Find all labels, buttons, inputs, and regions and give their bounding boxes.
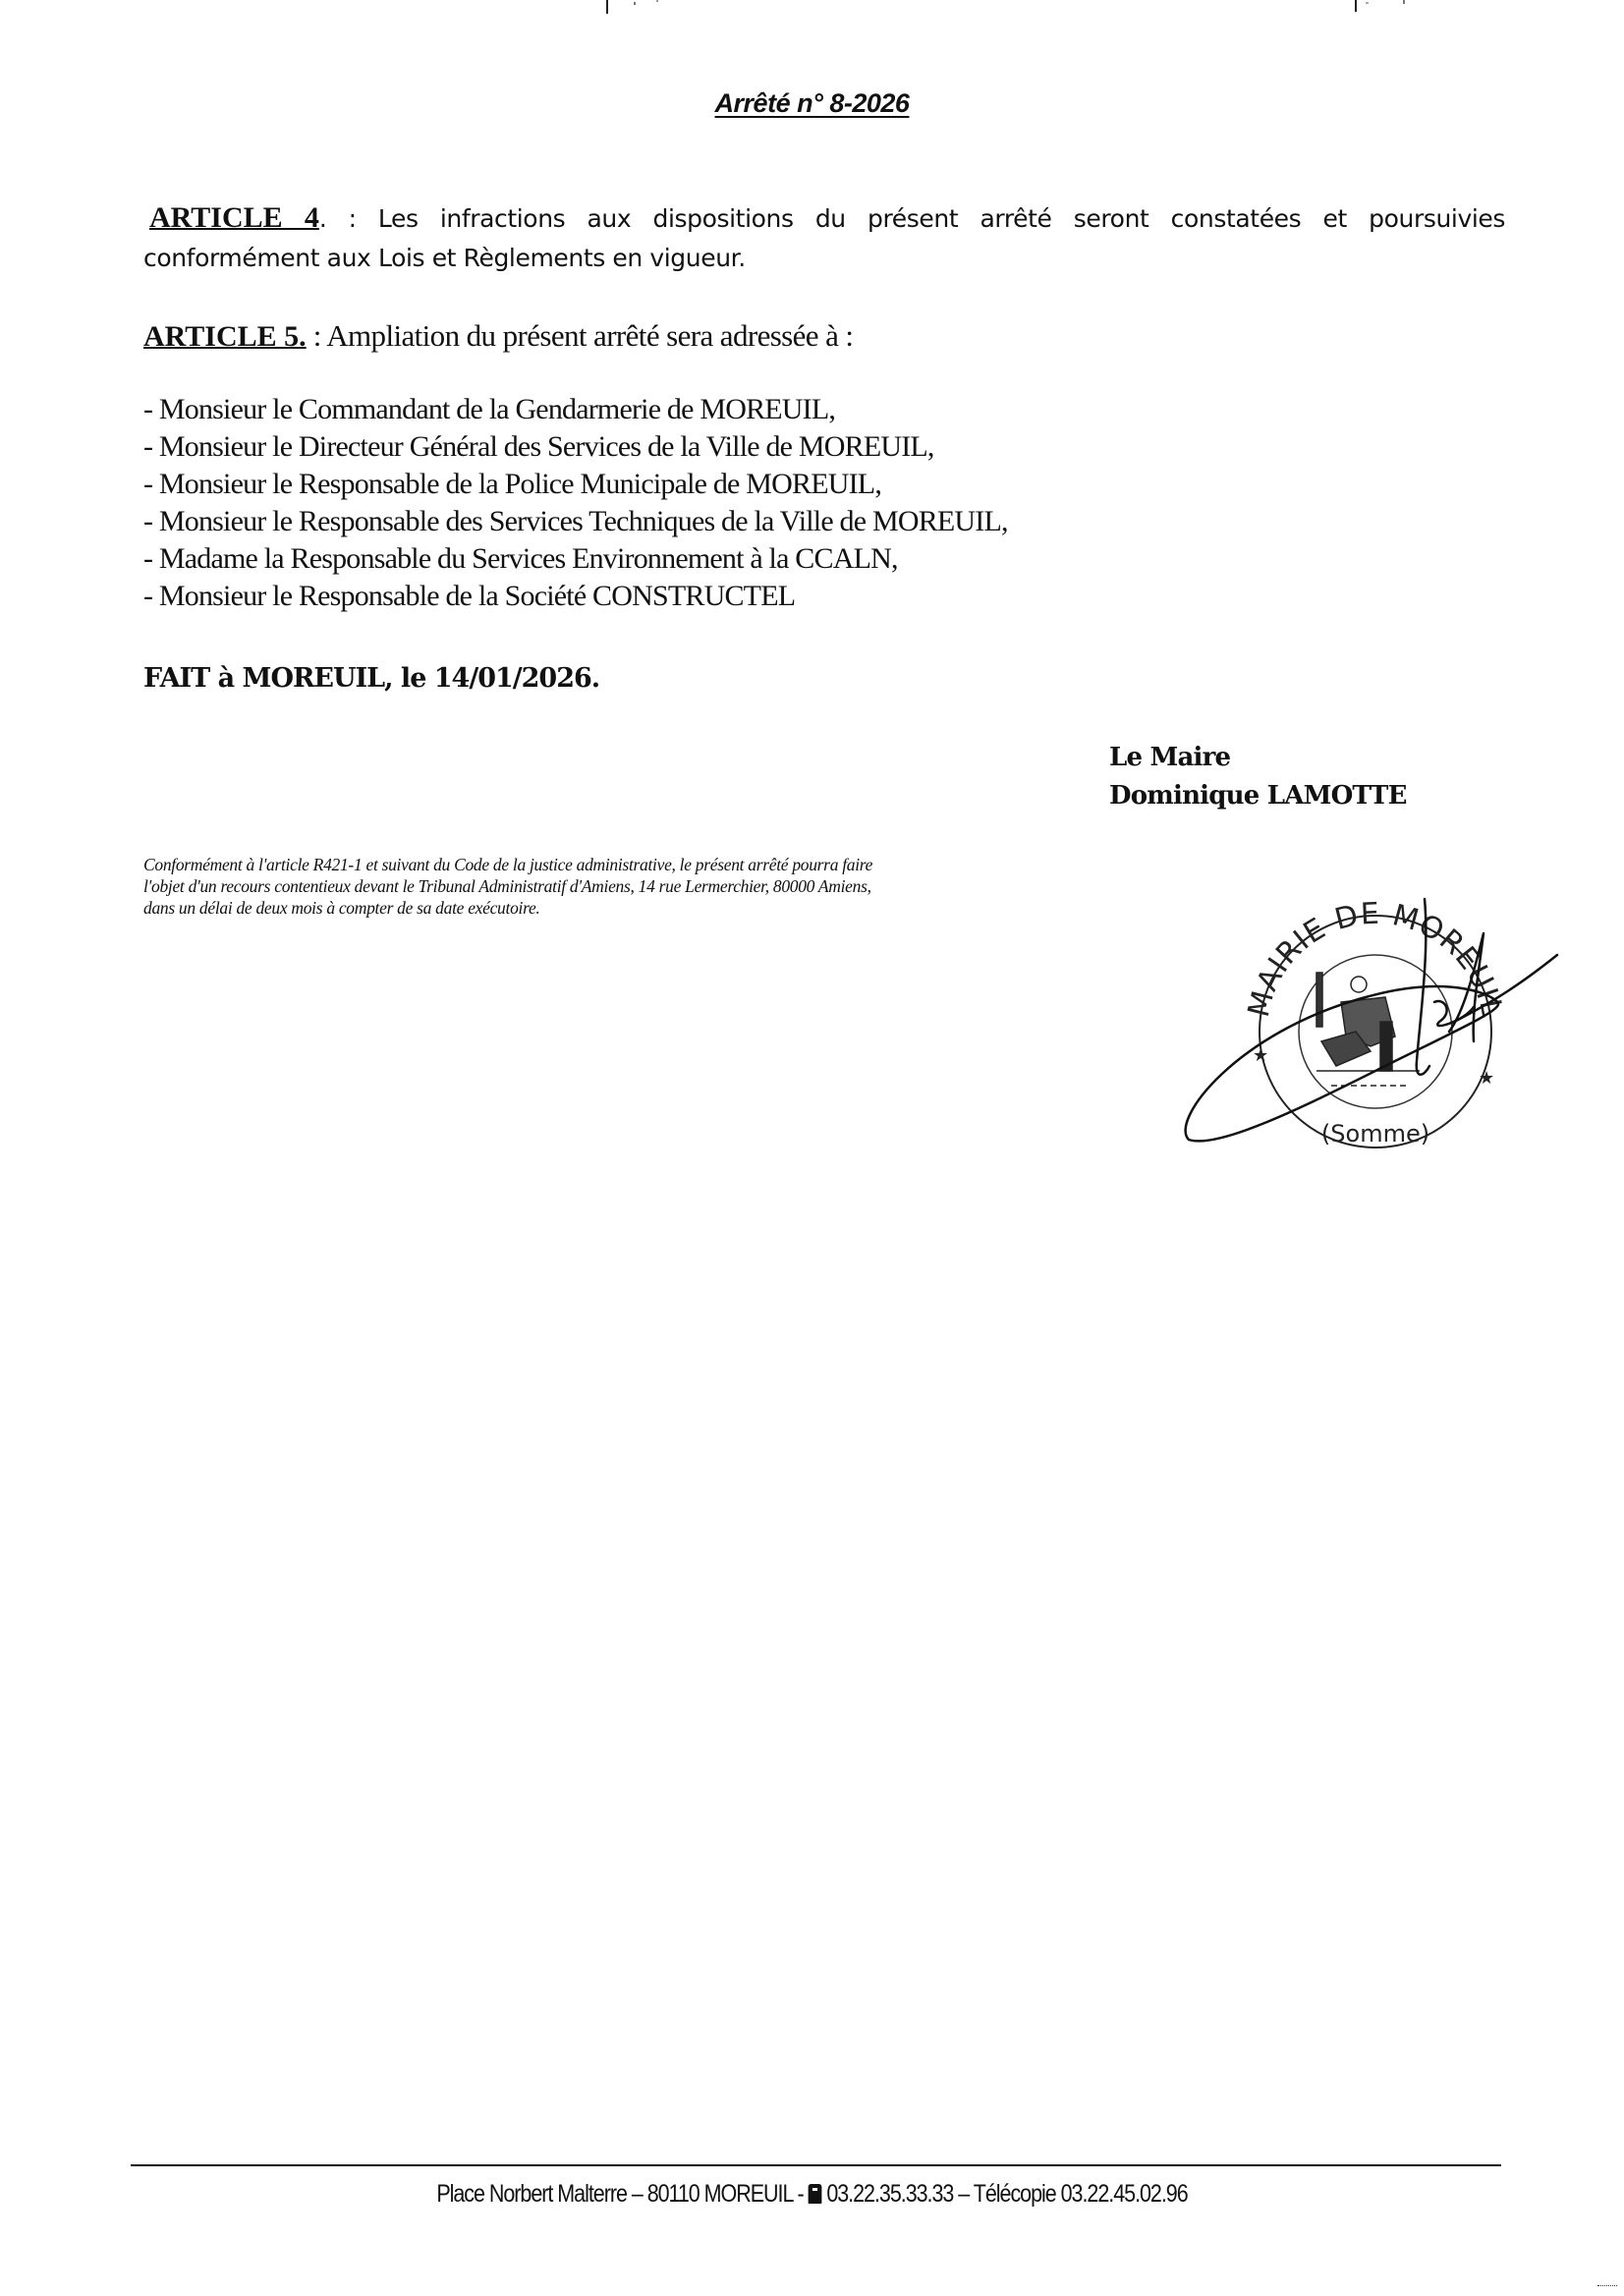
scan-artifact <box>1597 2285 1617 2287</box>
document-page: Arrêté n° 8-2026 ARTICLE 4. : Les infrac… <box>0 0 1624 2296</box>
legal-appeal-note: Conformément à l'article R421-1 et suiva… <box>143 854 890 919</box>
article-4-text-line2: conformément aux Lois et Règlements en v… <box>143 244 746 272</box>
signature-block: Le Maire Dominique LAMOTTE <box>1109 739 1407 815</box>
list-item: - Monsieur le Responsable des Services T… <box>143 503 1008 540</box>
place-and-date: FAIT à MOREUIL, le 14/01/2026. <box>143 663 599 694</box>
article-4-separator: . : <box>319 204 378 233</box>
recipients-list: - Monsieur le Commandant de la Gendarmer… <box>143 391 1008 615</box>
article-4-first-line: ARTICLE 4. : Les infractions aux disposi… <box>143 198 1505 239</box>
signatory-name: Dominique LAMOTTE <box>1109 777 1407 815</box>
telephone-icon <box>809 2184 822 2204</box>
footer-phone-fax: 03.22.35.33.33 – Télécopie 03.22.45.02.9… <box>821 2180 1187 2208</box>
list-item: - Monsieur le Directeur Général des Serv… <box>143 428 1008 466</box>
scan-margin-mark <box>1355 0 1357 12</box>
article-4: ARTICLE 4. : Les infractions aux disposi… <box>143 198 1505 278</box>
footer-divider <box>131 2164 1501 2166</box>
official-seal-icon: MAIRIE DE MOREUIL (Somme) ★ ★ <box>1159 874 1592 1159</box>
footer-contact: Place Norbert Malterre – 80110 MOREUIL -… <box>114 2180 1511 2209</box>
article-5-text: : Ampliation du présent arrêté sera adre… <box>307 318 854 353</box>
scan-margin-mark <box>1366 2 1369 4</box>
document-title: Arrêté n° 8-2026 <box>0 88 1624 119</box>
svg-text:★: ★ <box>1479 1068 1494 1088</box>
scan-margin-mark <box>606 0 608 14</box>
article-4-label: ARTICLE 4 <box>149 201 319 234</box>
article-5-label: ARTICLE 5. <box>143 320 307 353</box>
scan-margin-mark <box>634 2 636 5</box>
scan-margin-mark <box>1403 0 1405 4</box>
seal-bottom-text: (Somme) <box>1321 1120 1429 1148</box>
list-item: - Monsieur le Responsable de la Société … <box>143 578 1008 615</box>
article-4-text-line1: Les infractions aux dispositions du prés… <box>378 204 1505 233</box>
list-item: - Madame la Responsable du Services Envi… <box>143 540 1008 578</box>
list-item: - Monsieur le Responsable de la Police M… <box>143 466 1008 503</box>
footer-address: Place Norbert Malterre – 80110 MOREUIL - <box>436 2180 808 2208</box>
scan-margin-mark <box>656 0 658 2</box>
list-item: - Monsieur le Commandant de la Gendarmer… <box>143 391 1008 428</box>
signatory-role: Le Maire <box>1109 739 1407 777</box>
article-5: ARTICLE 5. : Ampliation du présent arrêt… <box>143 316 853 357</box>
